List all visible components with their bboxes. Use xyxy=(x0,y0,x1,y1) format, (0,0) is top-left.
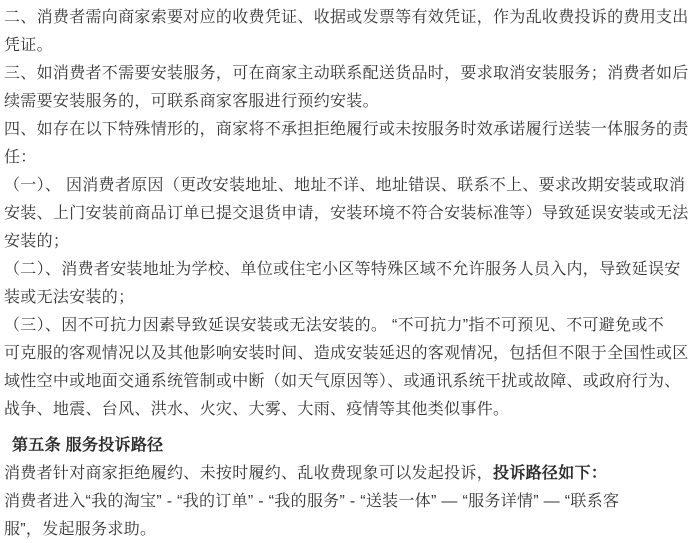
text-line: 二、消费者需向商家索要对应的收费凭证、收据或发票等有效凭证，作为乱收费投诉的费用… xyxy=(4,4,694,32)
text-line: 消费者进入“我的淘宝” - “我的订单” - “我的服务” - “送装一体” —… xyxy=(4,488,694,516)
text-line: 安装的； xyxy=(4,228,694,256)
text-line: 服”，发起服务求助。 xyxy=(4,516,694,543)
text-line: 战争、地震、台风、洪水、火灾、大雾、大雨、疫情等其他类似事件。 xyxy=(4,396,694,424)
text-line: 四、如存在以下特殊情形的，商家将不承担拒绝履行或未按服务时效承诺履行送装一体服务… xyxy=(4,116,694,144)
text-line: 凭证。 xyxy=(4,32,694,60)
text-line-complaint-intro: 消费者针对商家拒绝履约、未按时履约、乱收费现象可以发起投诉，投诉路径如下： xyxy=(4,460,694,488)
text-line: 续需要安装服务的，可联系商家客服进行预约安装。 xyxy=(4,88,694,116)
text-line: 可克服的客观情况以及其他影响安装时间、造成安装延迟的客观情况，包括但不限于全国性… xyxy=(4,340,694,368)
document-page: 二、消费者需向商家索要对应的收费凭证、收据或发票等有效凭证，作为乱收费投诉的费用… xyxy=(0,0,700,543)
section-heading: 第五条 服务投诉路径 xyxy=(12,432,694,460)
text-line: 任： xyxy=(4,144,694,172)
text-line: （二）、消费者安装地址为学校、单位或住宅小区等特殊区域不允许服务人员入内，导致延… xyxy=(4,256,694,284)
text-line: （一）、 因消费者原因（更改安装地址、地址不详、地址错误、联系不上、要求改期安装… xyxy=(4,172,694,200)
text-line: 装或无法安装的； xyxy=(4,284,694,312)
document-body: 二、消费者需向商家索要对应的收费凭证、收据或发票等有效凭证，作为乱收费投诉的费用… xyxy=(0,0,700,543)
text-line: 三、如消费者不需要安装服务，可在商家主动联系配送货品时，要求取消安装服务；消费者… xyxy=(4,60,694,88)
text-line: 域性空中或地面交通系统管制或中断（如天气原因等）、或通讯系统干扰或故障、或政府行… xyxy=(4,368,694,396)
complaint-path-label: 投诉路径如下： xyxy=(493,465,607,482)
text-line: （三）、因不可抗力因素导致延误安装或无法安装的。 “不可抗力”指不可预见、不可避… xyxy=(4,312,694,340)
text-line: 安装、上门安装前商品订单已提交退货申请，安装环境不符合安装标准等）导致延误安装或… xyxy=(4,200,694,228)
complaint-intro-text: 消费者针对商家拒绝履约、未按时履约、乱收费现象可以发起投诉， xyxy=(4,465,493,482)
